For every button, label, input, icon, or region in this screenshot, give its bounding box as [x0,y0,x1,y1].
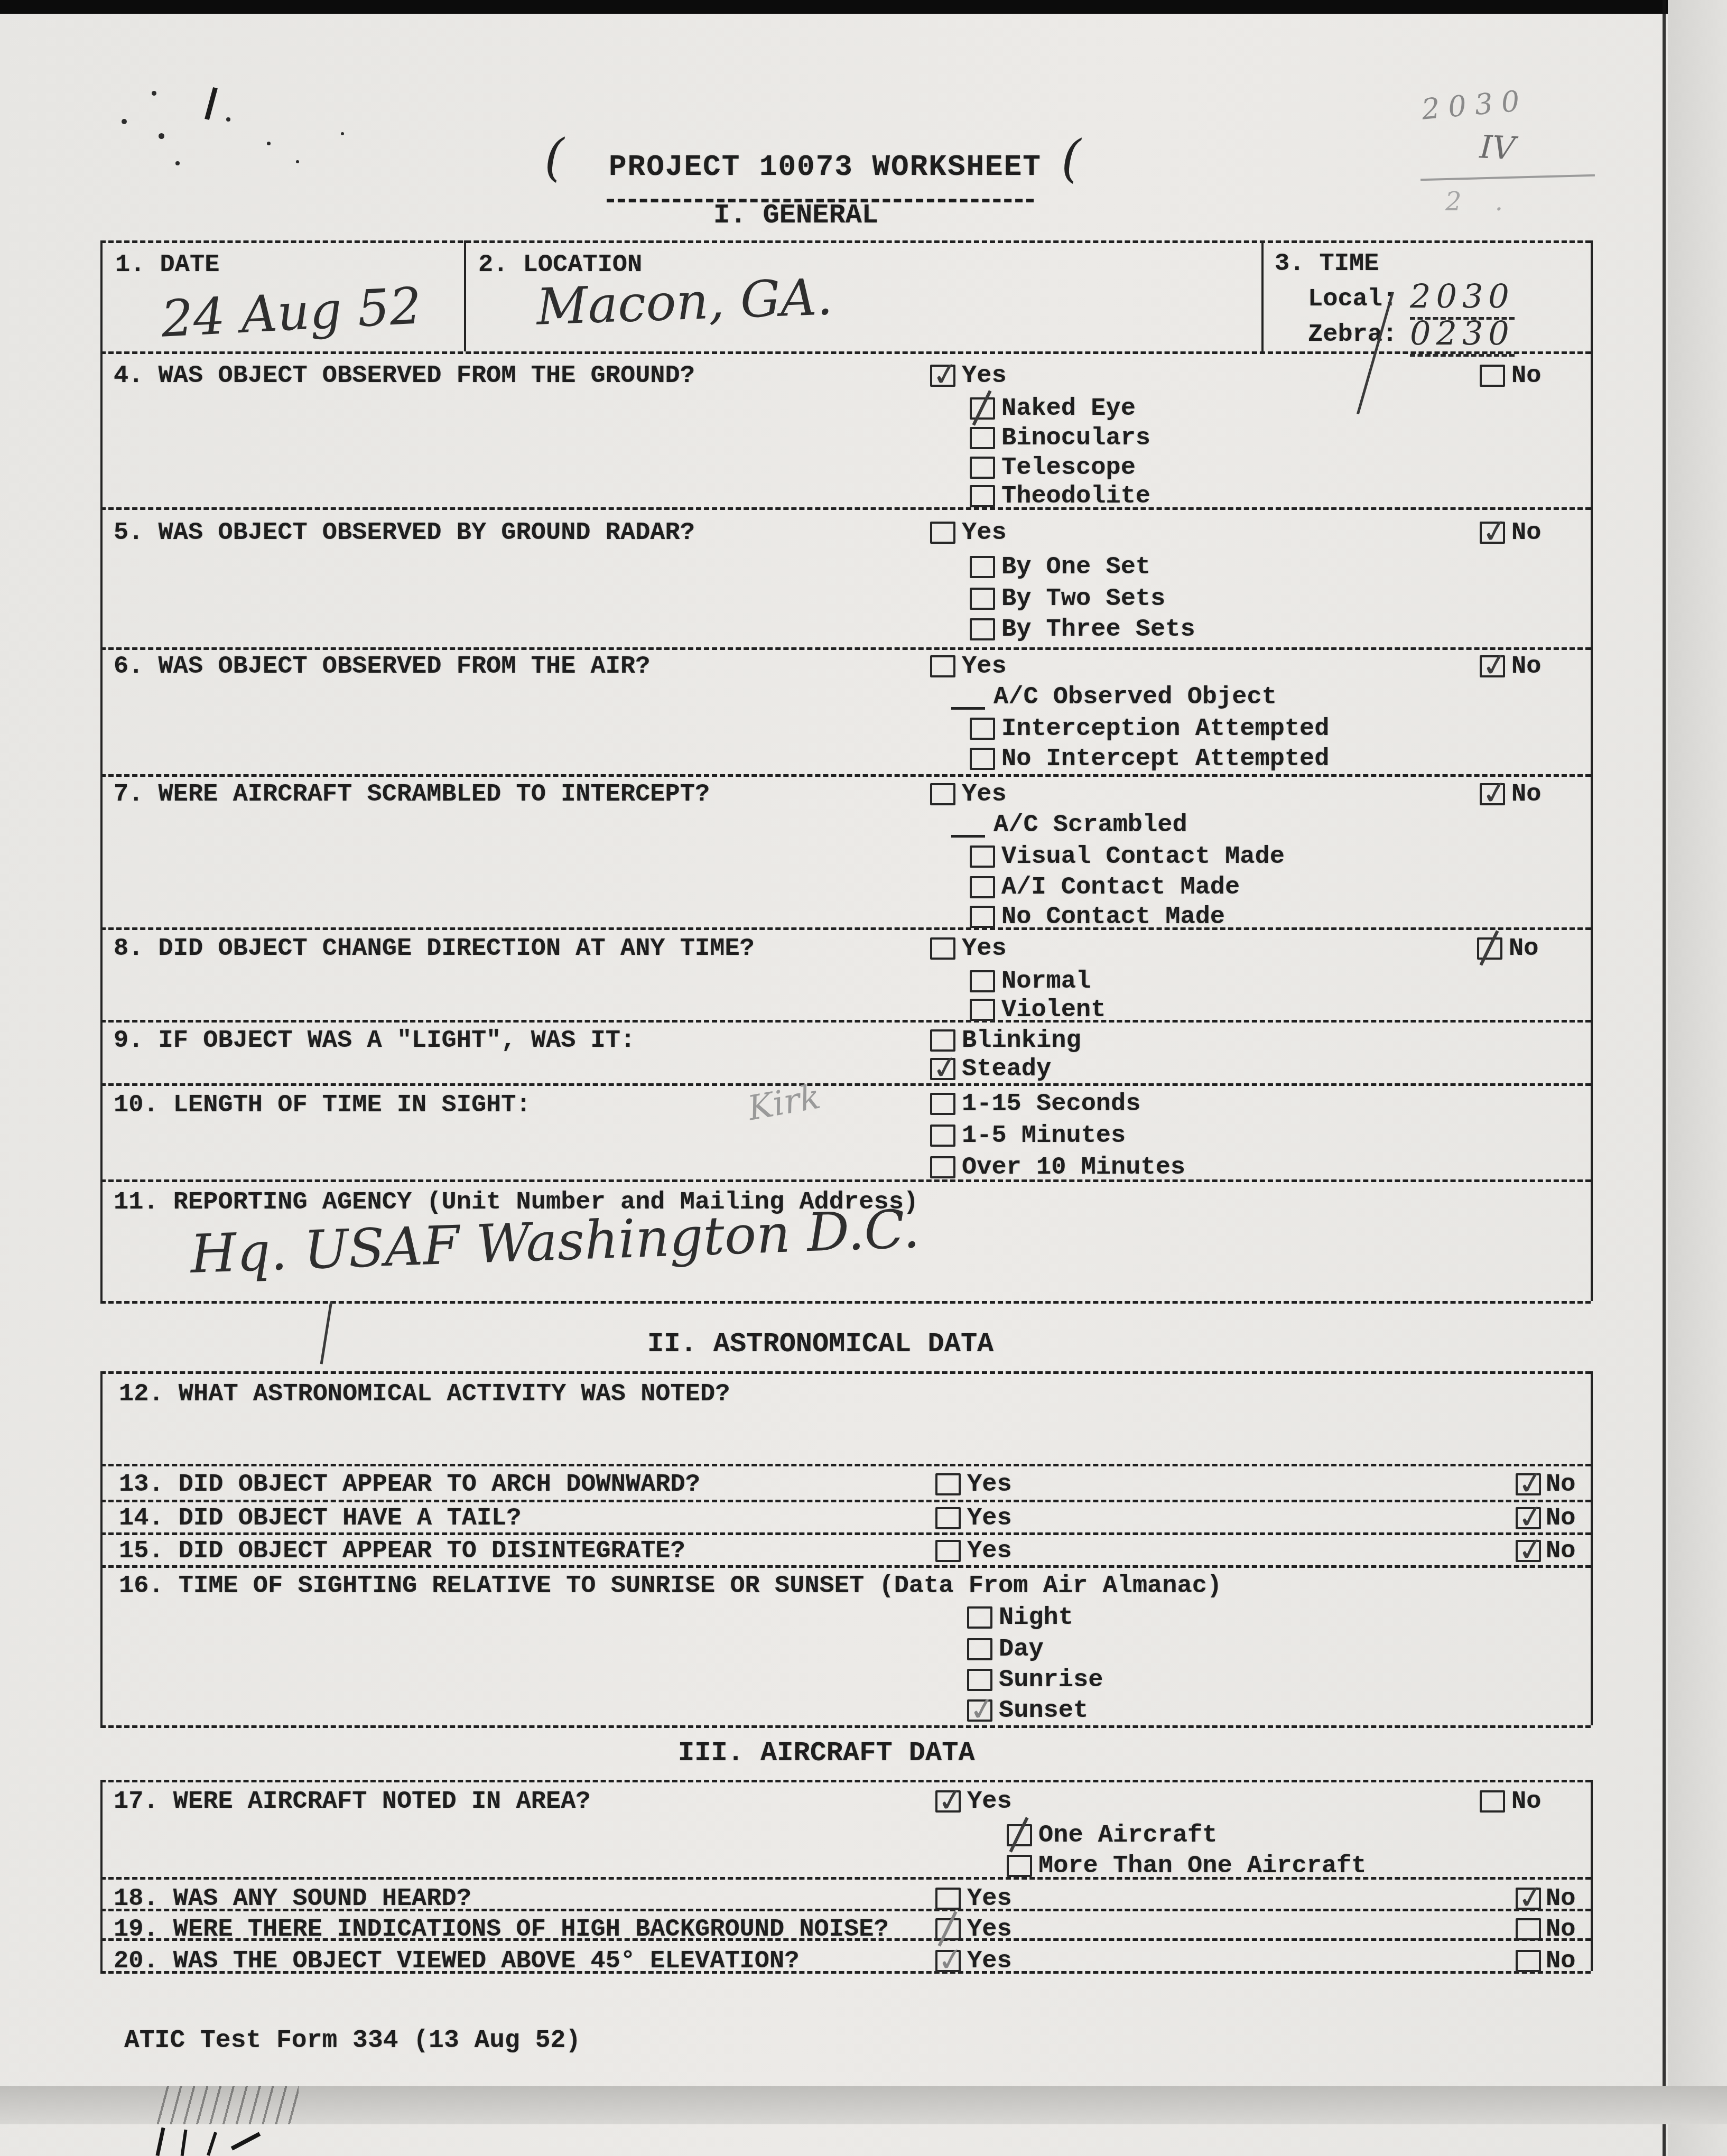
q13-no-checkbox[interactable] [1516,1473,1541,1495]
q10-option-seconds-checkbox[interactable] [930,1093,955,1115]
q16-option-sunrise-checkbox[interactable] [967,1669,992,1691]
q4-option-telescope-label: Telescope [1001,456,1136,480]
q10-option-over10-checkbox[interactable] [930,1156,955,1178]
q5-no-checkbox[interactable] [1480,522,1505,544]
table-border [100,1565,1591,1568]
q5-yes-checkbox[interactable] [930,522,955,544]
q17-no-checkbox[interactable] [1480,1790,1505,1813]
question-15-label: 15. DID OBJECT APPEAR TO DISINTEGRATE? [119,1539,685,1564]
table-border [1261,240,1264,351]
q7-yes-label: Yes [962,782,1007,807]
question-13-label: 13. DID OBJECT APPEAR TO ARCH DOWNWARD? [119,1472,700,1497]
q20-yes-label: Yes [967,1949,1012,1974]
q16-option-day-label: Day [999,1637,1044,1662]
table-border [100,1020,1591,1023]
q18-yes-label: Yes [967,1886,1012,1911]
question-16-label: 16. TIME OF SIGHTING RELATIVE TO SUNRISE… [119,1574,1222,1599]
q14-no-checkbox[interactable] [1516,1507,1541,1529]
q18-yes-checkbox[interactable] [935,1888,961,1910]
table-border [100,1532,1591,1535]
q6-no-checkbox[interactable] [1480,655,1505,677]
q19-yes-label: Yes [967,1917,1012,1942]
paren-mark-right: ( [1061,133,1081,184]
q4-option-theodolite-checkbox[interactable] [970,485,995,507]
pencil-note: 2030 [1420,86,1529,124]
q10-option-minutes-checkbox[interactable] [930,1125,955,1147]
q9-option-steady-label: Steady [962,1057,1051,1082]
q9-option-blinking-label: Blinking [962,1028,1081,1053]
q8-option-normal-checkbox[interactable] [970,970,995,992]
question-4-label: 4. WAS OBJECT OBSERVED FROM THE GROUND? [114,364,695,388]
section-heading-astronomical: II. ASTRONOMICAL DATA [647,1331,994,1358]
q5-option-three-sets-checkbox[interactable] [970,618,995,640]
time-zebra-value[interactable]: 0230 [1410,317,1515,357]
q5-option-one-set-label: By One Set [1001,555,1150,580]
ink-streak [155,2127,165,2156]
q6-option-underline [951,707,985,710]
q10-handwritten-note: Kirk [745,1080,823,1126]
ink-speck [205,87,218,120]
q16-option-night-checkbox[interactable] [967,1606,992,1629]
film-streaks-bottom [156,2086,299,2124]
q8-no-checkbox[interactable] [1477,937,1502,960]
table-border [100,1179,1591,1182]
q4-option-telescope-checkbox[interactable] [970,457,995,479]
q8-option-normal-label: Normal [1001,969,1091,994]
q16-option-day-checkbox[interactable] [967,1638,992,1660]
question-5-label: 5. WAS OBJECT OBSERVED BY GROUND RADAR? [114,521,695,545]
table-border [100,351,1591,354]
table-border [100,1464,1591,1466]
q4-yes-label: Yes [962,364,1007,388]
q13-no-label: No [1546,1472,1575,1497]
question-10-label: 10. LENGTH OF TIME IN SIGHT: [114,1093,531,1118]
q19-yes-checkbox[interactable] [935,1918,961,1940]
scanned-worksheet-page: 2030 IV 2 . ( PROJECT 10073 WORKSHEET ( … [0,0,1727,2156]
table-border [464,240,466,351]
q8-option-violent-checkbox[interactable] [970,999,995,1021]
table-border [100,1725,1591,1728]
table-border [100,774,1591,777]
pencil-note: 2 . [1445,189,1516,215]
question-17-label: 17. WERE AIRCRAFT NOTED IN AREA? [114,1789,591,1814]
q19-no-checkbox[interactable] [1516,1918,1541,1940]
q7-option-no-contact-label: No Contact Made [1001,905,1225,930]
paren-mark-left: ( [544,132,564,183]
table-border [1591,1780,1593,1971]
q17-yes-checkbox[interactable] [935,1790,961,1813]
q18-no-checkbox[interactable] [1516,1888,1541,1910]
film-margin-right [1668,0,1727,2156]
time-local-label: Local: [1308,287,1397,312]
q7-no-checkbox[interactable] [1480,783,1505,805]
table-border [100,1371,1591,1374]
q7-yes-checkbox[interactable] [930,783,955,805]
q5-no-label: No [1511,521,1541,545]
q5-option-two-sets-label: By Two Sets [1001,587,1165,611]
q17-option-more-aircraft-checkbox[interactable] [1007,1855,1032,1877]
q4-no-label: No [1511,364,1541,388]
q17-option-one-aircraft-checkbox[interactable] [1007,1824,1032,1846]
table-border [100,1780,103,1971]
q7-option-visual-contact-checkbox[interactable] [970,845,995,868]
q7-option-visual-contact-label: Visual Contact Made [1001,844,1285,869]
q4-option-binoculars-label: Binoculars [1001,426,1150,451]
question-9-label: 9. IF OBJECT WAS A "LIGHT", WAS IT: [114,1028,635,1053]
ink-speck [226,117,230,122]
location-field-value[interactable]: Macon, GA. [536,272,834,333]
ink-streak [207,2132,217,2156]
q5-option-two-sets-checkbox[interactable] [970,588,995,610]
ink-speck [267,142,271,145]
q15-no-checkbox[interactable] [1516,1540,1541,1562]
q6-option-ac-observed-label: A/C Observed Object [994,685,1277,710]
table-border [1591,240,1593,1301]
pencil-underline [1420,174,1595,181]
date-field-value[interactable]: 24 Aug 52 [160,281,423,345]
q20-yes-checkbox[interactable] [935,1950,961,1972]
section-heading-aircraft: III. AIRCRAFT DATA [678,1740,975,1767]
q16-option-night-label: Night [999,1605,1073,1630]
q13-yes-checkbox[interactable] [935,1473,961,1495]
q14-no-label: No [1546,1506,1575,1531]
pencil-note: IV [1479,131,1516,164]
table-border [100,1301,1591,1304]
q5-option-one-set-checkbox[interactable] [970,556,995,578]
time-field-label: 3. TIME [1275,252,1379,276]
q14-yes-label: Yes [967,1506,1012,1531]
q6-yes-checkbox[interactable] [930,655,955,677]
question-6-label: 6. WAS OBJECT OBSERVED FROM THE AIR? [114,654,650,679]
q18-no-label: No [1546,1886,1575,1911]
q6-option-interception-label: Interception Attempted [1001,717,1330,741]
q7-option-ai-contact-checkbox[interactable] [970,876,995,898]
ink-speck [122,119,127,124]
q7-no-label: No [1511,782,1541,807]
table-border [100,647,1591,650]
ink-streak [181,2130,188,2156]
q15-no-label: No [1546,1539,1575,1564]
q16-option-sunrise-label: Sunrise [999,1668,1103,1693]
question-20-label: 20. WAS THE OBJECT VIEWED ABOVE 45° ELEV… [114,1949,799,1974]
q6-option-interception-checkbox[interactable] [970,718,995,740]
q14-yes-checkbox[interactable] [935,1507,961,1529]
q4-option-naked-eye-label: Naked Eye [1001,396,1136,421]
question-18-label: 18. WAS ANY SOUND HEARD? [114,1886,471,1911]
q7-option-underline [951,835,985,838]
q7-option-ac-scrambled-label: A/C Scrambled [994,813,1187,838]
question-8-label: 8. DID OBJECT CHANGE DIRECTION AT ANY TI… [114,936,755,961]
section-heading-general: I. GENERAL [713,202,878,229]
form-number-footer: ATIC Test Form 334 (13 Aug 52) [124,2028,581,2053]
q6-option-no-intercept-checkbox[interactable] [970,748,995,770]
q17-yes-label: Yes [967,1789,1012,1814]
q20-no-label: No [1546,1949,1575,1974]
q4-yes-checkbox[interactable] [930,365,955,387]
q4-no-checkbox[interactable] [1480,365,1505,387]
pen-stroke [320,1301,333,1364]
q10-option-minutes-label: 1-5 Minutes [962,1123,1126,1148]
q17-option-one-aircraft-label: One Aircraft [1038,1823,1217,1848]
table-border [100,1371,103,1725]
question-14-label: 14. DID OBJECT HAVE A TAIL? [119,1506,522,1531]
table-border [100,240,103,1301]
q6-yes-label: Yes [962,654,1007,679]
q16-option-sunset-label: Sunset [999,1698,1088,1723]
date-field-label: 1. DATE [115,253,219,277]
q8-yes-label: Yes [962,936,1007,961]
q6-option-no-intercept-label: No Intercept Attempted [1001,747,1330,772]
page-title: PROJECT 10073 WORKSHEET [609,152,1042,182]
q13-yes-label: Yes [967,1472,1012,1497]
table-border [100,1877,1591,1880]
q9-option-steady-checkbox[interactable] [930,1058,955,1080]
q5-option-three-sets-label: By Three Sets [1001,617,1195,642]
ink-speck [296,160,299,163]
table-border [100,507,1591,510]
table-border [100,927,1591,930]
ink-speck [159,133,164,139]
q7-option-ai-contact-label: A/I Contact Made [1001,875,1240,900]
question-7-label: 7. WERE AIRCRAFT SCRAMBLED TO INTERCEPT? [114,782,710,807]
q6-no-label: No [1511,654,1541,679]
ink-speck [152,91,156,96]
q15-yes-label: Yes [967,1539,1012,1564]
q15-yes-checkbox[interactable] [935,1540,961,1562]
q17-option-more-aircraft-label: More Than One Aircraft [1038,1854,1367,1879]
q7-option-no-contact-checkbox[interactable] [970,906,995,928]
table-border [100,1780,1591,1782]
ink-speck [341,132,344,135]
question-12-label: 12. WHAT ASTRONOMICAL ACTIVITY WAS NOTED… [119,1382,730,1407]
q8-yes-checkbox[interactable] [930,937,955,960]
q4-option-binoculars-checkbox[interactable] [970,427,995,449]
ink-speck [175,161,180,165]
table-border [100,240,1591,243]
film-edge-line [1663,0,1666,2156]
location-field-label: 2. LOCATION [478,253,642,277]
ink-streak [231,2132,261,2150]
q4-option-theodolite-label: Theodolite [1001,484,1150,509]
table-border [100,1500,1591,1502]
film-edge-top [0,0,1727,14]
q16-option-sunset-checkbox[interactable] [967,1699,992,1722]
q8-option-violent-label: Violent [1001,998,1106,1023]
q10-option-over10-label: Over 10 Minutes [962,1155,1185,1180]
q19-no-label: No [1546,1917,1575,1942]
table-border [100,1083,1591,1086]
q10-option-seconds-label: 1-15 Seconds [962,1092,1140,1117]
q5-yes-label: Yes [962,521,1007,545]
table-border [1591,1371,1593,1725]
q17-no-label: No [1511,1789,1541,1814]
question-19-label: 19. WERE THERE INDICATIONS OF HIGH BACKG… [114,1917,889,1942]
q8-no-label: No [1509,936,1538,961]
q4-option-naked-eye-checkbox[interactable] [970,397,995,420]
q20-no-checkbox[interactable] [1516,1950,1541,1972]
